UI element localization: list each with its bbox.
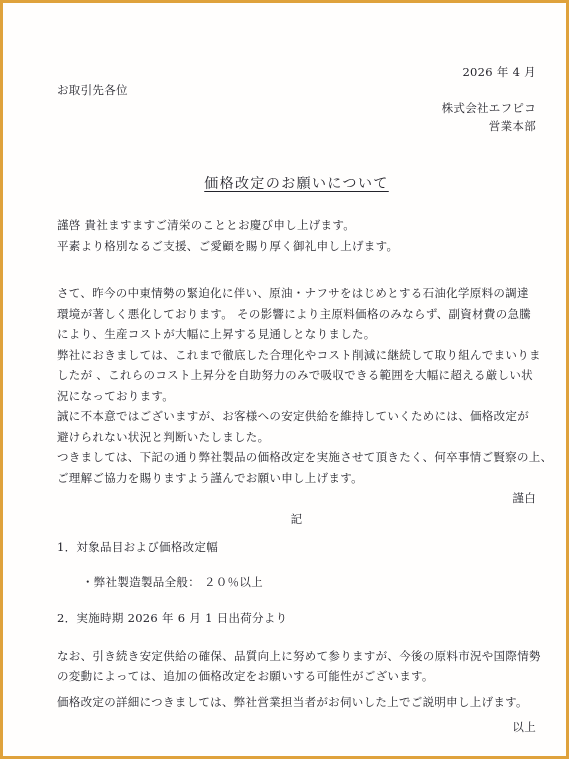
notice-heading: 記 — [57, 509, 536, 530]
department-name: 営業本部 — [57, 117, 536, 135]
letter-date: 2026 年 4 月 — [57, 63, 536, 81]
body-line: 況になっております。 — [57, 386, 536, 407]
body-line: さて、昨今の中東情勢の緊迫化に伴い、原油・ナフサをはじめとする石油化学原料の調達 — [57, 283, 536, 304]
company-name: 株式会社エフピコ — [57, 99, 536, 117]
notice-item-1-detail: ・弊社製造製品全般： ２０％以上 — [57, 572, 536, 593]
end-marker: 以上 — [57, 717, 536, 738]
document-title: 価格改定のお願いについて — [204, 176, 389, 192]
title-row: 価格改定のお願いについて — [57, 173, 536, 195]
letter-page: 2026 年 4 月 お取引先各位 株式会社エフピコ 営業本部 価格改定のお願い… — [0, 0, 569, 759]
body-line: 誠に不本意ではございますが、お客様への安定供給を維持していくためには、価格改定が — [57, 406, 536, 427]
body-line: 環境が著しく悪化しております。 その影響により主原料価格のみならず、副資材費の急… — [57, 304, 536, 325]
notice-item-1: 1．対象品目および価格改定幅 — [57, 537, 536, 558]
body-line: 弊社におきましては、これまで徹底した合理化やコスト削減に継続して取り組んでまいり… — [57, 345, 536, 366]
main-paragraph: さて、昨今の中東情勢の緊迫化に伴い、原油・ナフサをはじめとする石油化学原料の調達… — [57, 283, 536, 488]
body-line: ご理解ご協力を賜りますよう謹んでお願い申し上げます。 — [57, 468, 536, 489]
body-line: 平素より格別なるご支援、ご愛顧を賜り厚く御礼申し上げます。 — [57, 236, 536, 257]
body-line: なお、引き続き安定供給の確保、品質向上に努めて参りますが、今後の原料市況や国際情… — [57, 646, 536, 667]
opening-paragraph: 謹啓 貴社ますますご清栄のこととお慶び申し上げます。 平素より格別なるご支援、ご… — [57, 215, 536, 256]
closing-salutation: 謹白 — [57, 488, 536, 509]
body-line: の変動によっては、追加の価格改定をお願いする可能性がございます。 — [57, 666, 536, 687]
body-line: 謹啓 貴社ますますご清栄のこととお慶び申し上げます。 — [57, 215, 536, 236]
body-line: により、生産コストが大幅に上昇する見通しとなりました。 — [57, 324, 536, 345]
notice-item-2: 2．実施時期 2026 年 6 月 1 日出荷分より — [57, 608, 536, 629]
footer-paragraph: なお、引き続き安定供給の確保、品質向上に努めて参りますが、今後の原料市況や国際情… — [57, 646, 536, 713]
body-line: つきましては、下記の通り弊社製品の価格改定を実施させて頂きたく、何卒事情ご賢察の… — [57, 447, 536, 468]
body-line: 避けられない状況と判断いたしました。 — [57, 427, 536, 448]
recipient-line: お取引先各位 — [57, 81, 536, 99]
body-line: したが 、これらのコスト上昇分を自助努力のみで吸収できる範囲を大幅に超える厳しい… — [57, 365, 536, 386]
body-line: 価格改定の詳細につきましては、弊社営業担当者がお伺いした上でご説明申し上げます。 — [57, 692, 536, 713]
